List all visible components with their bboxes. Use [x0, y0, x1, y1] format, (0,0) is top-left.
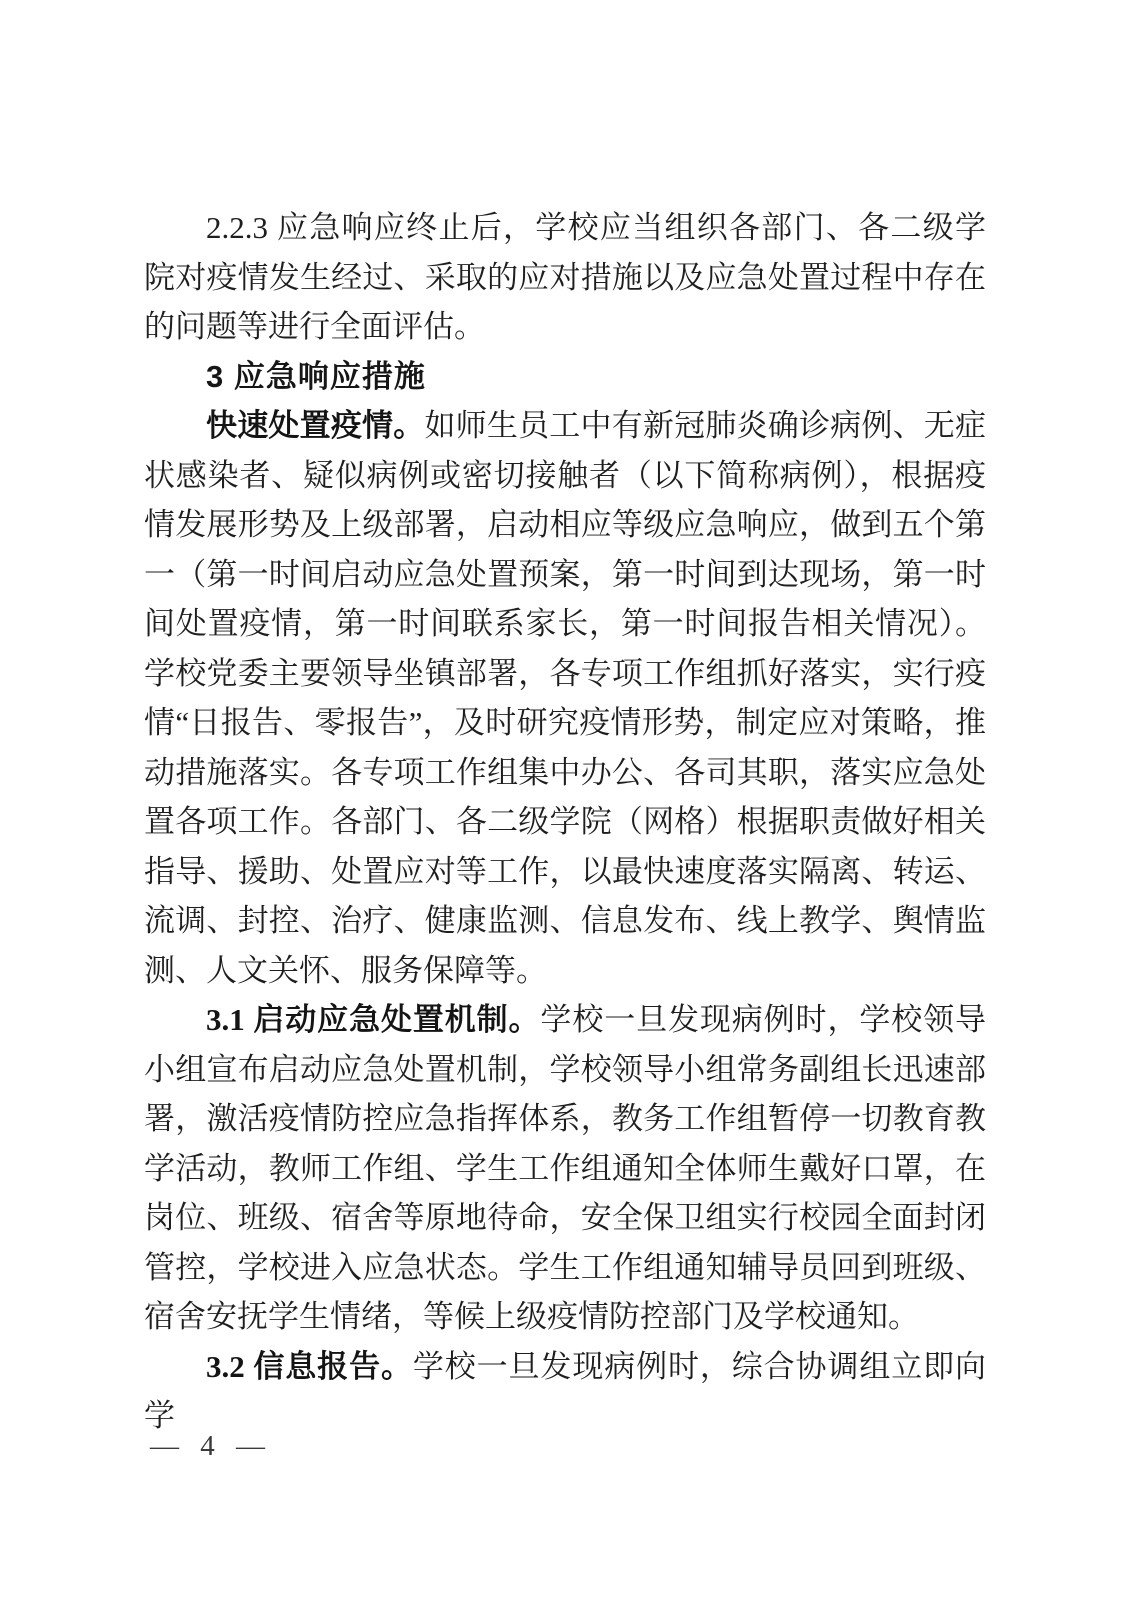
paragraph-2-2-3: 2.2.3 应急响应终止后，学校应当组织各部门、各二级学院对疫情发生经过、采取的… [144, 203, 986, 352]
paragraph-3-1-text: 学校一旦发现病例时，学校领导小组宣布启动应急处置机制，学校领导小组常务副组长迅速… [144, 1002, 986, 1334]
paragraph-3-2-lead: 3.2 信息报告。 [206, 1349, 413, 1384]
paragraph-2-2-3-text: 2.2.3 应急响应终止后，学校应当组织各部门、各二级学院对疫情发生经过、采取的… [144, 210, 986, 344]
paragraph-rapid-response-text: 如师生员工中有新冠肺炎确诊病例、无症状感染者、疑似病例或密切接触者（以下简称病例… [144, 408, 986, 988]
paragraph-3-1: 3.1 启动应急处置机制。学校一旦发现病例时，学校领导小组宣布启动应急处置机制，… [144, 995, 986, 1342]
paragraph-rapid-response: 快速处置疫情。如师生员工中有新冠肺炎确诊病例、无症状感染者、疑似病例或密切接触者… [144, 401, 986, 995]
document-body: 2.2.3 应急响应终止后，学校应当组织各部门、各二级学院对疫情发生经过、采取的… [144, 203, 986, 1441]
paragraph-3-1-lead: 3.1 启动应急处置机制。 [206, 1002, 540, 1037]
paragraph-rapid-response-lead: 快速处置疫情。 [206, 408, 424, 443]
section-heading-3: 3 应急响应措施 [144, 352, 986, 402]
document-page: 2.2.3 应急响应终止后，学校应当组织各部门、各二级学院对疫情发生经过、采取的… [0, 0, 1130, 1600]
page-number: — 4 — [150, 1426, 272, 1466]
